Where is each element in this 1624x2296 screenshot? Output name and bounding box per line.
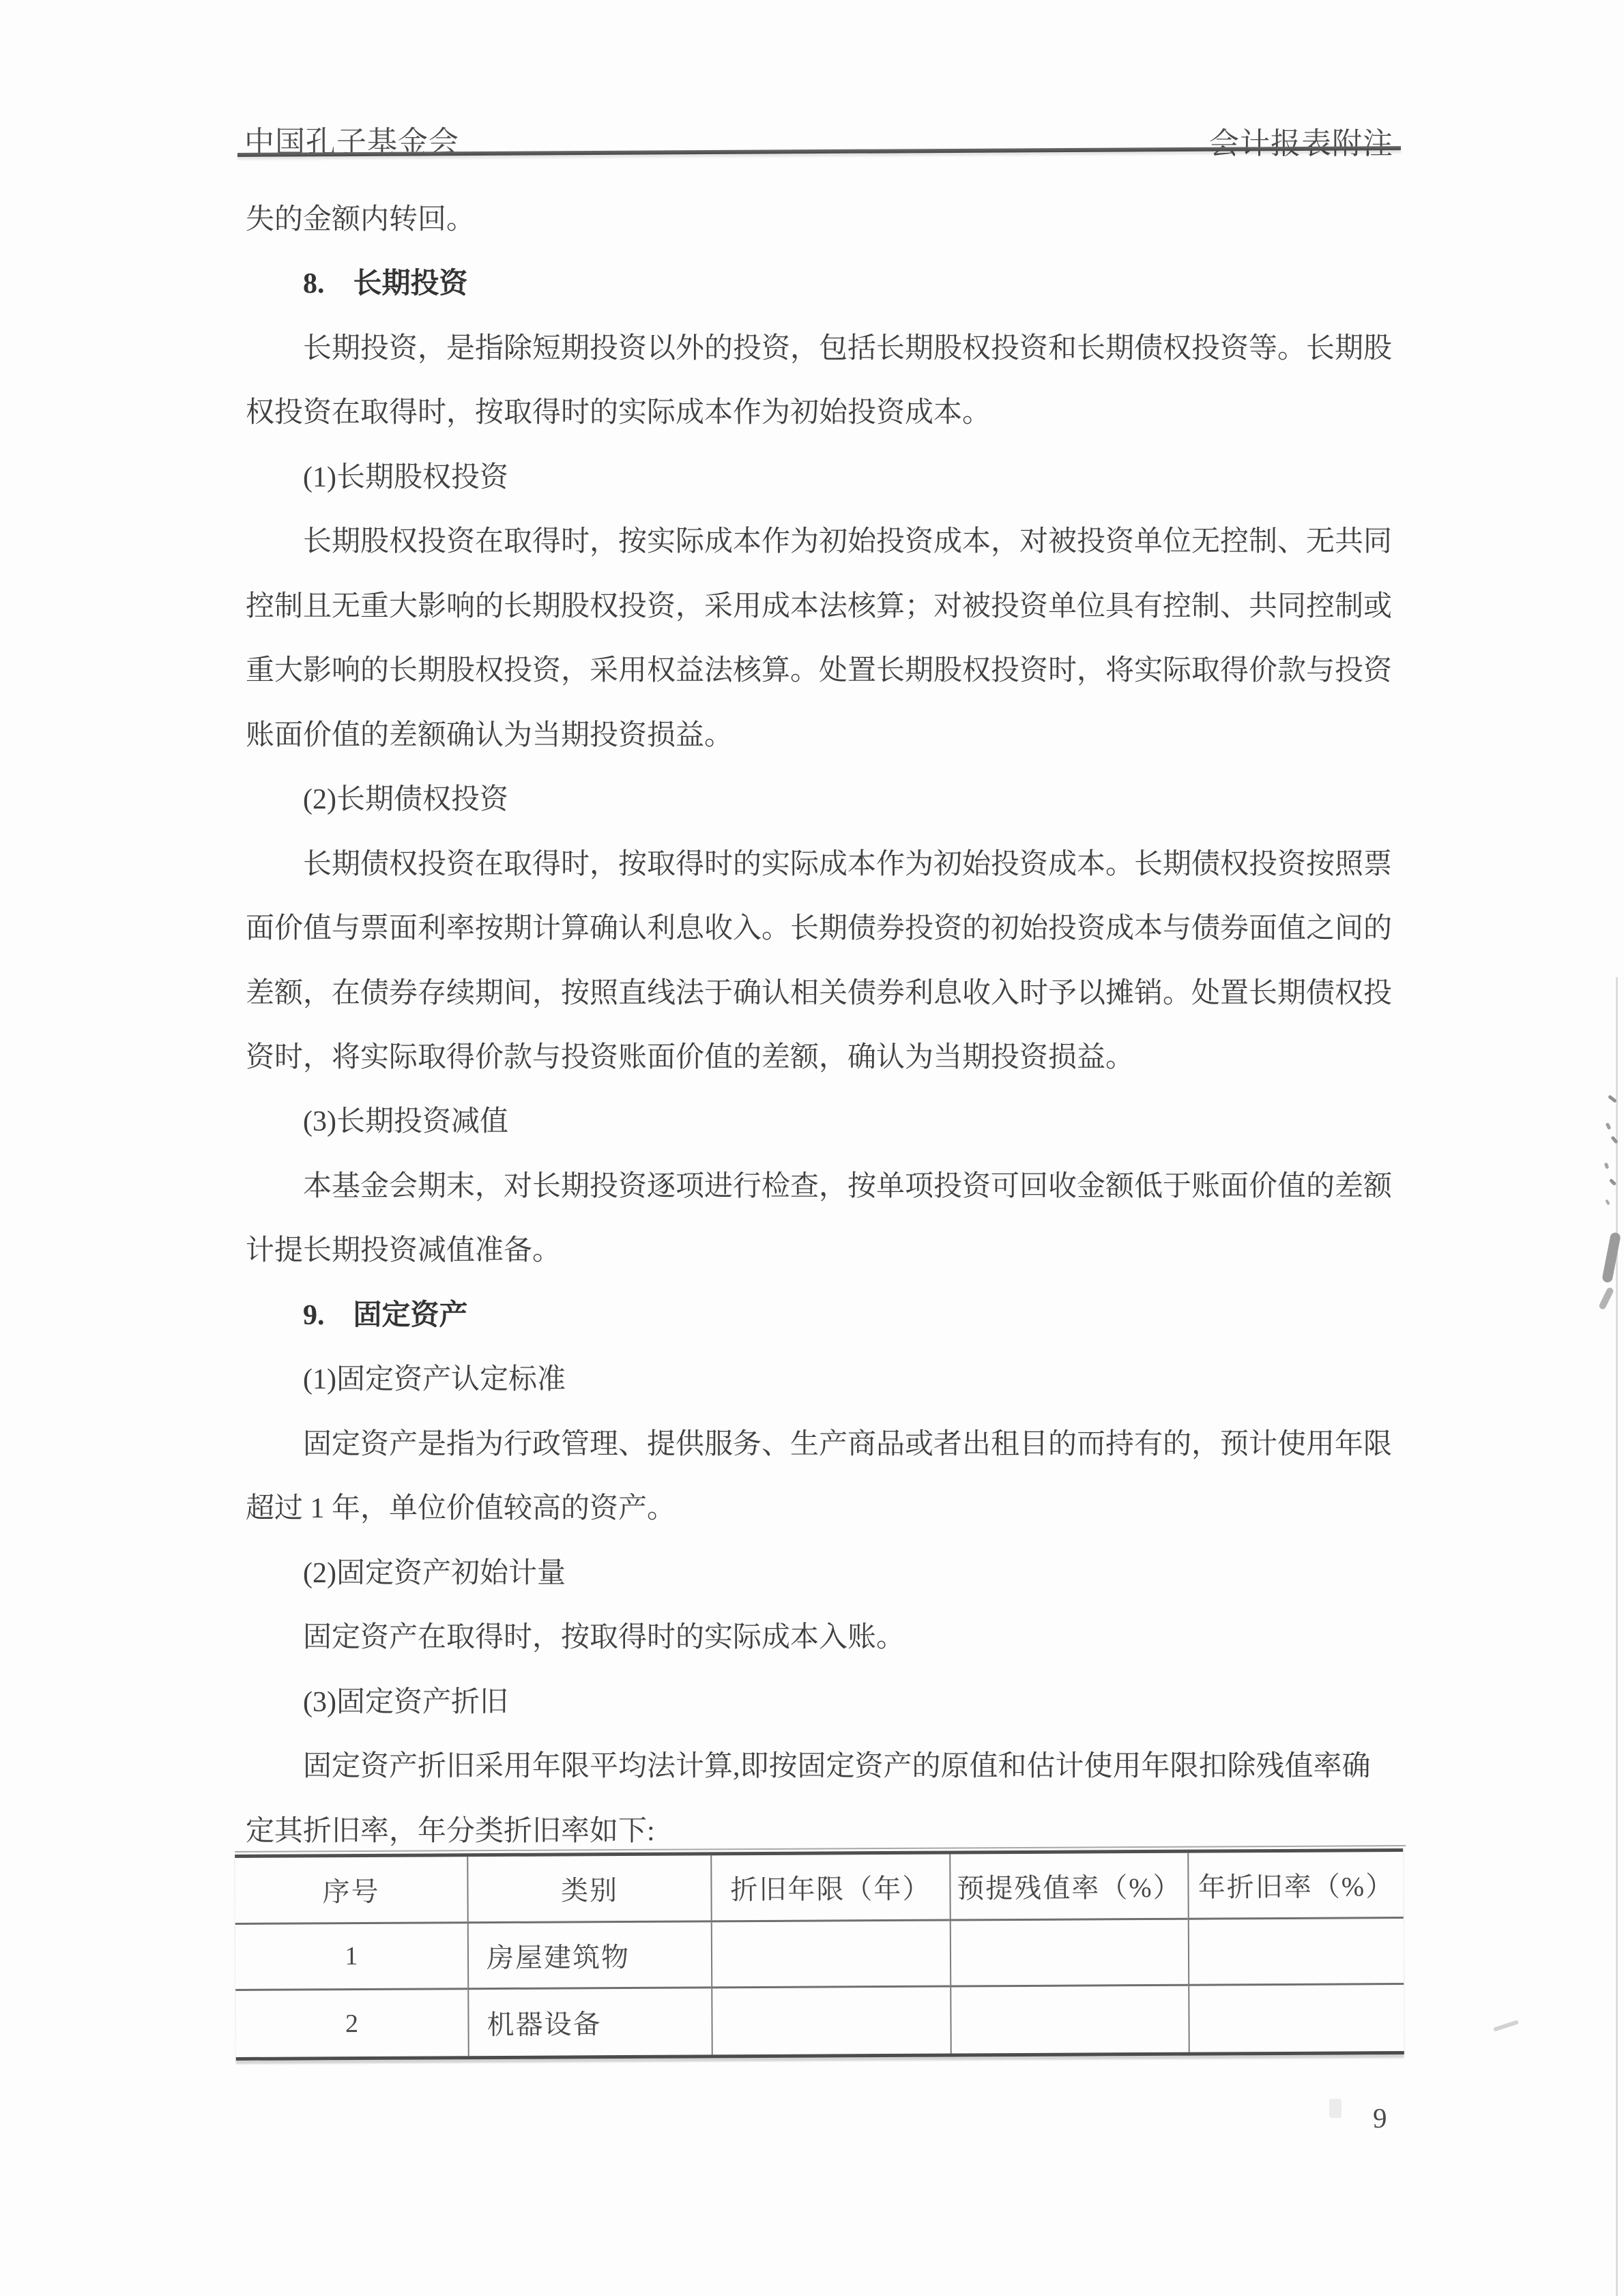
body-line: (1)长期股权投资 [303, 446, 508, 510]
body-line: 长期债权投资在取得时，按取得时的实际成本作为初始投资成本。长期债权投资按照票 [303, 832, 1392, 897]
table-cell: 房屋建筑物 [467, 1922, 712, 1990]
table-header-cell: 折旧年限（年） [710, 1855, 950, 1923]
depreciation-table: 序号类别折旧年限（年）预提残值率（%）年折旧率（%）1房屋建筑物2机器设备 [235, 1848, 1404, 2061]
table-cell [711, 1921, 951, 1989]
body-line: (2)长期债权投资 [303, 768, 508, 832]
scan-artifact [1493, 2020, 1519, 2031]
table-row-number: 2 [235, 1990, 468, 2057]
scan-artifact [1329, 2099, 1342, 2118]
body-line: 重大影响的长期股权投资，采用权益法核算。处置长期股权投资时，将实际取得价款与投资 [246, 639, 1392, 703]
body-line: (3)长期投资减值 [303, 1090, 508, 1154]
body-line: 固定资产在取得时，按取得时的实际成本入账。 [303, 1605, 905, 1670]
scan-artifact [1606, 1122, 1612, 1130]
body-line: (1)固定资产认定标准 [303, 1348, 566, 1412]
body-line: (2)固定资产初始计量 [303, 1541, 566, 1605]
body-text: 失的金额内转回。8. 长期投资长期投资，是指除短期投资以外的投资，包括长期股权投… [246, 188, 1399, 1866]
table-cell: 机器设备 [467, 1988, 712, 2056]
scan-artifact [1598, 1287, 1614, 1311]
table-cell [1188, 1919, 1404, 1986]
table-header-cell: 年折旧率（%） [1187, 1852, 1404, 1920]
scan-artifact [1604, 1162, 1610, 1169]
body-line: 账面价值的差额确认为当期投资损益。 [246, 703, 733, 768]
table-header-cell: 类别 [467, 1855, 711, 1923]
table-cell [950, 1920, 1189, 1988]
section-heading: 8. 长期投资 [303, 252, 468, 316]
header-doc-title: 会计报表附注 [1209, 119, 1393, 162]
section-heading: 9. 固定资产 [303, 1283, 468, 1348]
page-number: 9 [1373, 2100, 1387, 2136]
body-line: 面价值与票面利率按期计算确认利息收入。长期债券投资的初始投资成本与债券面值之间的 [246, 897, 1392, 961]
body-line: (3)固定资产折旧 [303, 1670, 508, 1734]
body-line: 固定资产折旧采用年限平均法计算,即按固定资产的原值和估计使用年限扣除残值率确 [303, 1734, 1371, 1799]
table-header-cell: 预提残值率（%） [949, 1853, 1188, 1921]
table-header-cell: 序号 [235, 1857, 467, 1925]
table-cell [711, 1988, 951, 2055]
body-line: 计提长期投资减值准备。 [246, 1219, 561, 1283]
body-line: 长期股权投资在取得时，按实际成本作为初始投资成本，对被投资单位无控制、无共同 [303, 510, 1392, 574]
body-line: 失的金额内转回。 [246, 188, 475, 252]
body-line: 本基金会期末，对长期投资逐项进行检查，按单项投资可回收金额低于账面价值的差额 [303, 1154, 1392, 1219]
body-line: 控制且无重大影响的长期股权投资，采用成本法核算；对被投资单位具有控制、共同控制或 [246, 575, 1392, 639]
body-line: 固定资产是指为行政管理、提供服务、生产商品或者出租目的而持有的，预计使用年限 [303, 1412, 1392, 1477]
table-cell [1188, 1985, 1404, 2052]
document-page: 中国孔子基金会 会计报表附注 失的金额内转回。8. 长期投资长期投资，是指除短期… [0, 0, 1624, 2296]
scan-artifact [1601, 1232, 1621, 1283]
body-line: 超过 1 年，单位价值较高的资产。 [246, 1477, 676, 1541]
table-row-number: 1 [235, 1923, 468, 1991]
table-cell [950, 1986, 1189, 2054]
scan-artifact [1605, 1200, 1610, 1206]
body-line: 差额，在债券存续期间，按照直线法于确认相关债券利息收入时予以摊销。处置长期债权投 [246, 961, 1392, 1026]
body-line: 长期投资，是指除短期投资以外的投资，包括长期股权投资和长期债权投资等。长期股 [303, 317, 1392, 381]
body-line: 权投资在取得时，按取得时的实际成本作为初始投资成本。 [246, 381, 991, 445]
scan-edge-line [1616, 977, 1618, 2296]
body-line: 资时，将实际取得价款与投资账面价值的差额，确认为当期投资损益。 [246, 1026, 1134, 1090]
